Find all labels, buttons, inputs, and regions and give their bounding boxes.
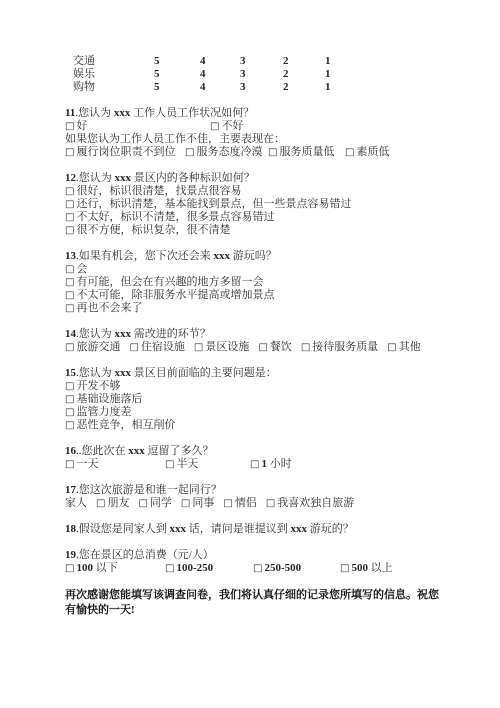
- checkbox-option[interactable]: □接待服务质量: [301, 341, 378, 354]
- option-row: □旅游交通□住宿设施□景区设施□餐饮□接待服务质量□其他: [65, 341, 439, 354]
- checkbox-icon[interactable]: □: [387, 342, 396, 353]
- checkbox-icon[interactable]: □: [223, 498, 232, 509]
- option-row: □开发不够: [65, 380, 439, 393]
- question-title: 19.您在景区的总消费（元/人）: [65, 549, 439, 562]
- question-q16: 16..您此次在 xxx 逗留了多久？□一天□半天□1 小时: [65, 445, 439, 471]
- checkbox-icon[interactable]: □: [65, 147, 74, 158]
- checkbox-option[interactable]: □有可能，但会在有兴趣的地方多留一会: [65, 276, 263, 288]
- checkbox-icon[interactable]: □: [65, 199, 74, 210]
- rating-value[interactable]: 1: [325, 68, 439, 81]
- checkbox-option[interactable]: □履行岗位职责不到位: [65, 146, 185, 159]
- option-label: 家人: [65, 497, 87, 509]
- checkbox-icon[interactable]: □: [65, 186, 74, 197]
- checkbox-option[interactable]: □基础设施落后: [65, 393, 142, 405]
- checkbox-option[interactable]: □开发不够: [65, 380, 120, 392]
- checkbox-option[interactable]: □朋友: [96, 497, 129, 510]
- option-label: 再也不会来了: [76, 302, 142, 314]
- checkbox-option[interactable]: □还行，标识清楚，基本能找到景点，但一些景点容易错过: [65, 198, 351, 210]
- checkbox-option[interactable]: □素质低: [345, 146, 439, 159]
- question-list: 11.您认为 xxx 工作人员工作状况如何？□好□不好如果您认为工作人员工作不佳…: [65, 107, 439, 575]
- checkbox-icon[interactable]: □: [340, 563, 349, 574]
- option-label: 开发不够: [76, 380, 120, 392]
- option-row: □监管力度差: [65, 406, 439, 419]
- checkbox-icon[interactable]: □: [65, 342, 74, 353]
- rating-value[interactable]: 1: [325, 55, 439, 68]
- checkbox-option[interactable]: □再也不会来了: [65, 302, 142, 314]
- option-row: □再也不会来了: [65, 302, 439, 315]
- option-row: □履行岗位职责不到位□服务态度冷漠□服务质量低□素质低: [65, 146, 439, 159]
- option-label: 一天: [76, 458, 98, 470]
- checkbox-option[interactable]: □同事: [181, 497, 214, 510]
- checkbox-icon[interactable]: □: [65, 121, 74, 132]
- option-row: □恶性竞争，相互削价: [65, 419, 439, 432]
- question-q17: 17.您这次旅游是和谁一起同行？家人□朋友□同学□同事□情侣□我喜欢独自旅游: [65, 484, 439, 510]
- question-title: 15.您认为 xxx 景区目前面临的主要问题是：: [65, 367, 439, 380]
- checkbox-option[interactable]: □1 小时: [250, 458, 439, 471]
- checkbox-option[interactable]: □250-500: [253, 562, 340, 575]
- question-title: 12.您认为 xxx 景区内的各种标识如何？: [65, 172, 439, 185]
- question-note: 如果您认为工作人员工作不佳，主要表现在：: [65, 133, 439, 146]
- option-row: □很不方便，标识复杂，很不清楚: [65, 224, 439, 237]
- option-row: □一天□半天□1 小时: [65, 458, 439, 471]
- option-row: □会: [65, 263, 439, 276]
- option-label: 100-250: [176, 562, 213, 574]
- rating-category-label: 交通: [65, 55, 154, 68]
- option-row: □还行，标识清楚，基本能找到景点，但一些景点容易错过: [65, 198, 439, 211]
- checkbox-icon[interactable]: □: [210, 121, 219, 132]
- checkbox-icon[interactable]: □: [194, 342, 203, 353]
- question-q14: 14.您认为 xxx 需改进的环节？□旅游交通□住宿设施□景区设施□餐饮□接待服…: [65, 328, 439, 354]
- rating-row: 娱乐54321: [65, 68, 439, 81]
- checkbox-icon[interactable]: □: [65, 290, 74, 301]
- checkbox-option[interactable]: □其他: [387, 341, 420, 354]
- checkbox-option[interactable]: □旅游交通: [65, 341, 120, 354]
- rating-category-label: 购物: [65, 81, 154, 94]
- checkbox-icon[interactable]: □: [65, 407, 74, 418]
- rating-category-label: 娱乐: [65, 68, 154, 81]
- option-row: □很好，标识很清楚，找景点很容易: [65, 185, 439, 198]
- option-label: 很不方便，标识复杂，很不清楚: [76, 224, 230, 236]
- option-label: 其他: [399, 341, 421, 353]
- checkbox-icon[interactable]: □: [165, 563, 174, 574]
- option-label: 250-500: [264, 562, 301, 574]
- option-label: 恶性竞争，相互削价: [76, 419, 175, 431]
- option-label: 还行，标识清楚，基本能找到景点，但一些景点容易错过: [76, 198, 351, 210]
- option-label: 服务质量低: [279, 146, 334, 158]
- option-label: 履行岗位职责不到位: [76, 146, 175, 158]
- rating-row: 交通54321: [65, 55, 439, 68]
- option-label: 会: [76, 263, 87, 275]
- option-label: 素质低: [356, 146, 389, 158]
- checkbox-icon[interactable]: □: [65, 563, 74, 574]
- option-label: 不好: [221, 120, 243, 132]
- rating-value[interactable]: 1: [325, 81, 439, 94]
- checkbox-option[interactable]: □100 以下: [65, 562, 165, 575]
- rating-value[interactable]: 2: [283, 81, 325, 94]
- rating-value[interactable]: 5: [154, 55, 200, 68]
- option-label: 同学: [150, 497, 172, 509]
- question-q13: 13.如果有机会，您下次还会来 xxx 游玩吗？□会□有可能，但会在有兴趣的地方…: [65, 250, 439, 315]
- checkbox-icon[interactable]: □: [253, 563, 262, 574]
- question-title: 13.如果有机会，您下次还会来 xxx 游玩吗？: [65, 250, 439, 263]
- checkbox-icon[interactable]: □: [181, 498, 190, 509]
- question-q12: 12.您认为 xxx 景区内的各种标识如何？□很好，标识很清楚，找景点很容易□还…: [65, 172, 439, 237]
- checkbox-option[interactable]: □很好，标识很清楚，找景点很容易: [65, 185, 241, 197]
- rating-table: 交通54321娱乐54321购物54321: [65, 55, 439, 94]
- checkbox-icon[interactable]: □: [65, 394, 74, 405]
- option-label: 很好，标识很清楚，找景点很容易: [76, 185, 241, 197]
- option-row: □好□不好: [65, 120, 439, 133]
- checkbox-option[interactable]: □情侣: [223, 497, 256, 510]
- checkbox-icon[interactable]: □: [65, 264, 74, 275]
- option-label: 朋友: [107, 497, 129, 509]
- option-row: □100 以下□100-250□250-500□500 以上: [65, 562, 439, 575]
- checkbox-icon[interactable]: □: [258, 342, 267, 353]
- checkbox-option[interactable]: □好: [65, 120, 210, 133]
- checkbox-icon[interactable]: □: [96, 498, 105, 509]
- option-label: 我喜欢独自旅游: [277, 497, 354, 509]
- checkbox-option[interactable]: □不好: [210, 120, 439, 133]
- checkbox-option[interactable]: □恶性竞争，相互削价: [65, 419, 175, 431]
- rating-value[interactable]: 3: [240, 81, 283, 94]
- question-q19: 19.您在景区的总消费（元/人）□100 以下□100-250□250-500□…: [65, 549, 439, 575]
- rating-row: 购物54321: [65, 81, 439, 94]
- option-label: 景区设施: [205, 341, 249, 353]
- option-label: 有可能，但会在有兴趣的地方多留一会: [76, 276, 263, 288]
- question-title: 18.假设您是同家人到 xxx 话，请问是谁提议到 xxx 游玩的？: [65, 523, 439, 536]
- rating-value[interactable]: 2: [283, 68, 325, 81]
- checkbox-option[interactable]: □餐饮: [258, 341, 291, 354]
- checkbox-option[interactable]: □监管力度差: [65, 406, 131, 418]
- rating-value[interactable]: 5: [154, 68, 200, 81]
- question-q18: 18.假设您是同家人到 xxx 话，请问是谁提议到 xxx 游玩的？: [65, 523, 439, 536]
- checkbox-icon[interactable]: □: [65, 303, 74, 314]
- option-label: 半天: [176, 458, 198, 470]
- checkbox-option[interactable]: □不太好，标识不清楚，很多景点容易错过: [65, 211, 274, 223]
- option-label: 住宿设施: [141, 341, 185, 353]
- rating-value[interactable]: 4: [200, 68, 240, 81]
- option-label: 情侣: [235, 497, 257, 509]
- option-label: 接待服务质量: [312, 341, 378, 353]
- checkbox-option[interactable]: □服务态度冷漠: [185, 146, 268, 159]
- rating-value[interactable]: 3: [240, 55, 283, 68]
- rating-value[interactable]: 3: [240, 68, 283, 81]
- question-q11: 11.您认为 xxx 工作人员工作状况如何？□好□不好如果您认为工作人员工作不佳…: [65, 107, 439, 159]
- checkbox-icon[interactable]: □: [65, 381, 74, 392]
- checkbox-icon[interactable]: □: [65, 459, 74, 470]
- option-label: 旅游交通: [76, 341, 120, 353]
- closing-note: 再次感谢您能填写该调查问卷，我们将认真仔细的记录您所填写的信息。祝您有愉快的一天…: [65, 588, 439, 617]
- checkbox-icon[interactable]: □: [65, 225, 74, 236]
- checkbox-icon[interactable]: □: [65, 277, 74, 288]
- checkbox-icon[interactable]: □: [138, 498, 147, 509]
- rating-value[interactable]: 4: [200, 55, 240, 68]
- checkbox-icon[interactable]: □: [266, 498, 275, 509]
- checkbox-option[interactable]: □住宿设施: [129, 341, 184, 354]
- rating-value[interactable]: 5: [154, 81, 200, 94]
- checkbox-option[interactable]: □同学: [138, 497, 171, 510]
- option-label: 同事: [192, 497, 214, 509]
- checkbox-option[interactable]: □100-250: [165, 562, 253, 575]
- checkbox-option[interactable]: □我喜欢独自旅游: [266, 497, 354, 510]
- option-label: 100 以下: [76, 562, 117, 574]
- option-label: 1 小时: [261, 458, 291, 470]
- option-row: 家人□朋友□同学□同事□情侣□我喜欢独自旅游: [65, 497, 439, 510]
- checkbox-icon[interactable]: □: [129, 342, 138, 353]
- option-row: □不太可能，除非服务水平提高或增加景点: [65, 289, 439, 302]
- checkbox-icon[interactable]: □: [65, 420, 74, 431]
- checkbox-option[interactable]: □很不方便，标识复杂，很不清楚: [65, 224, 230, 236]
- checkbox-option[interactable]: □不太可能，除非服务水平提高或增加景点: [65, 289, 274, 301]
- option-label: 餐饮: [270, 341, 292, 353]
- option-label: 监管力度差: [76, 406, 131, 418]
- question-q15: 15.您认为 xxx 景区目前面临的主要问题是：□开发不够□基础设施落后□监管力…: [65, 367, 439, 432]
- checkbox-option[interactable]: □服务质量低: [268, 146, 345, 159]
- checkbox-icon[interactable]: □: [301, 342, 310, 353]
- rating-value[interactable]: 4: [200, 81, 240, 94]
- question-title: 16..您此次在 xxx 逗留了多久？: [65, 445, 439, 458]
- checkbox-option[interactable]: □会: [65, 263, 87, 275]
- checkbox-option[interactable]: □500 以上: [340, 562, 439, 575]
- option-label: 不太好，标识不清楚，很多景点容易错过: [76, 211, 274, 223]
- checkbox-icon[interactable]: □: [165, 459, 174, 470]
- option-label: 不太可能，除非服务水平提高或增加景点: [76, 289, 274, 301]
- option-row: □不太好，标识不清楚，很多景点容易错过: [65, 211, 439, 224]
- option-label: 好: [76, 120, 87, 132]
- question-title: 14.您认为 xxx 需改进的环节？: [65, 328, 439, 341]
- checkbox-icon[interactable]: □: [268, 147, 277, 158]
- option-row: □有可能，但会在有兴趣的地方多留一会: [65, 276, 439, 289]
- checkbox-option[interactable]: □景区设施: [194, 341, 249, 354]
- checkbox-option[interactable]: □半天: [165, 458, 250, 471]
- checkbox-icon[interactable]: □: [250, 459, 259, 470]
- checkbox-icon[interactable]: □: [345, 147, 354, 158]
- checkbox-option[interactable]: 家人: [65, 497, 87, 510]
- option-label: 服务态度冷漠: [196, 146, 262, 158]
- question-title: 17.您这次旅游是和谁一起同行？: [65, 484, 439, 497]
- option-label: 500 以上: [351, 562, 392, 574]
- rating-value[interactable]: 2: [283, 55, 325, 68]
- checkbox-icon[interactable]: □: [185, 147, 194, 158]
- option-label: 基础设施落后: [76, 393, 142, 405]
- option-row: □基础设施落后: [65, 393, 439, 406]
- question-title: 11.您认为 xxx 工作人员工作状况如何？: [65, 107, 439, 120]
- checkbox-option[interactable]: □一天: [65, 458, 165, 471]
- checkbox-icon[interactable]: □: [65, 212, 74, 223]
- questionnaire-document: 交通54321娱乐54321购物54321 11.您认为 xxx 工作人员工作状…: [65, 55, 439, 617]
